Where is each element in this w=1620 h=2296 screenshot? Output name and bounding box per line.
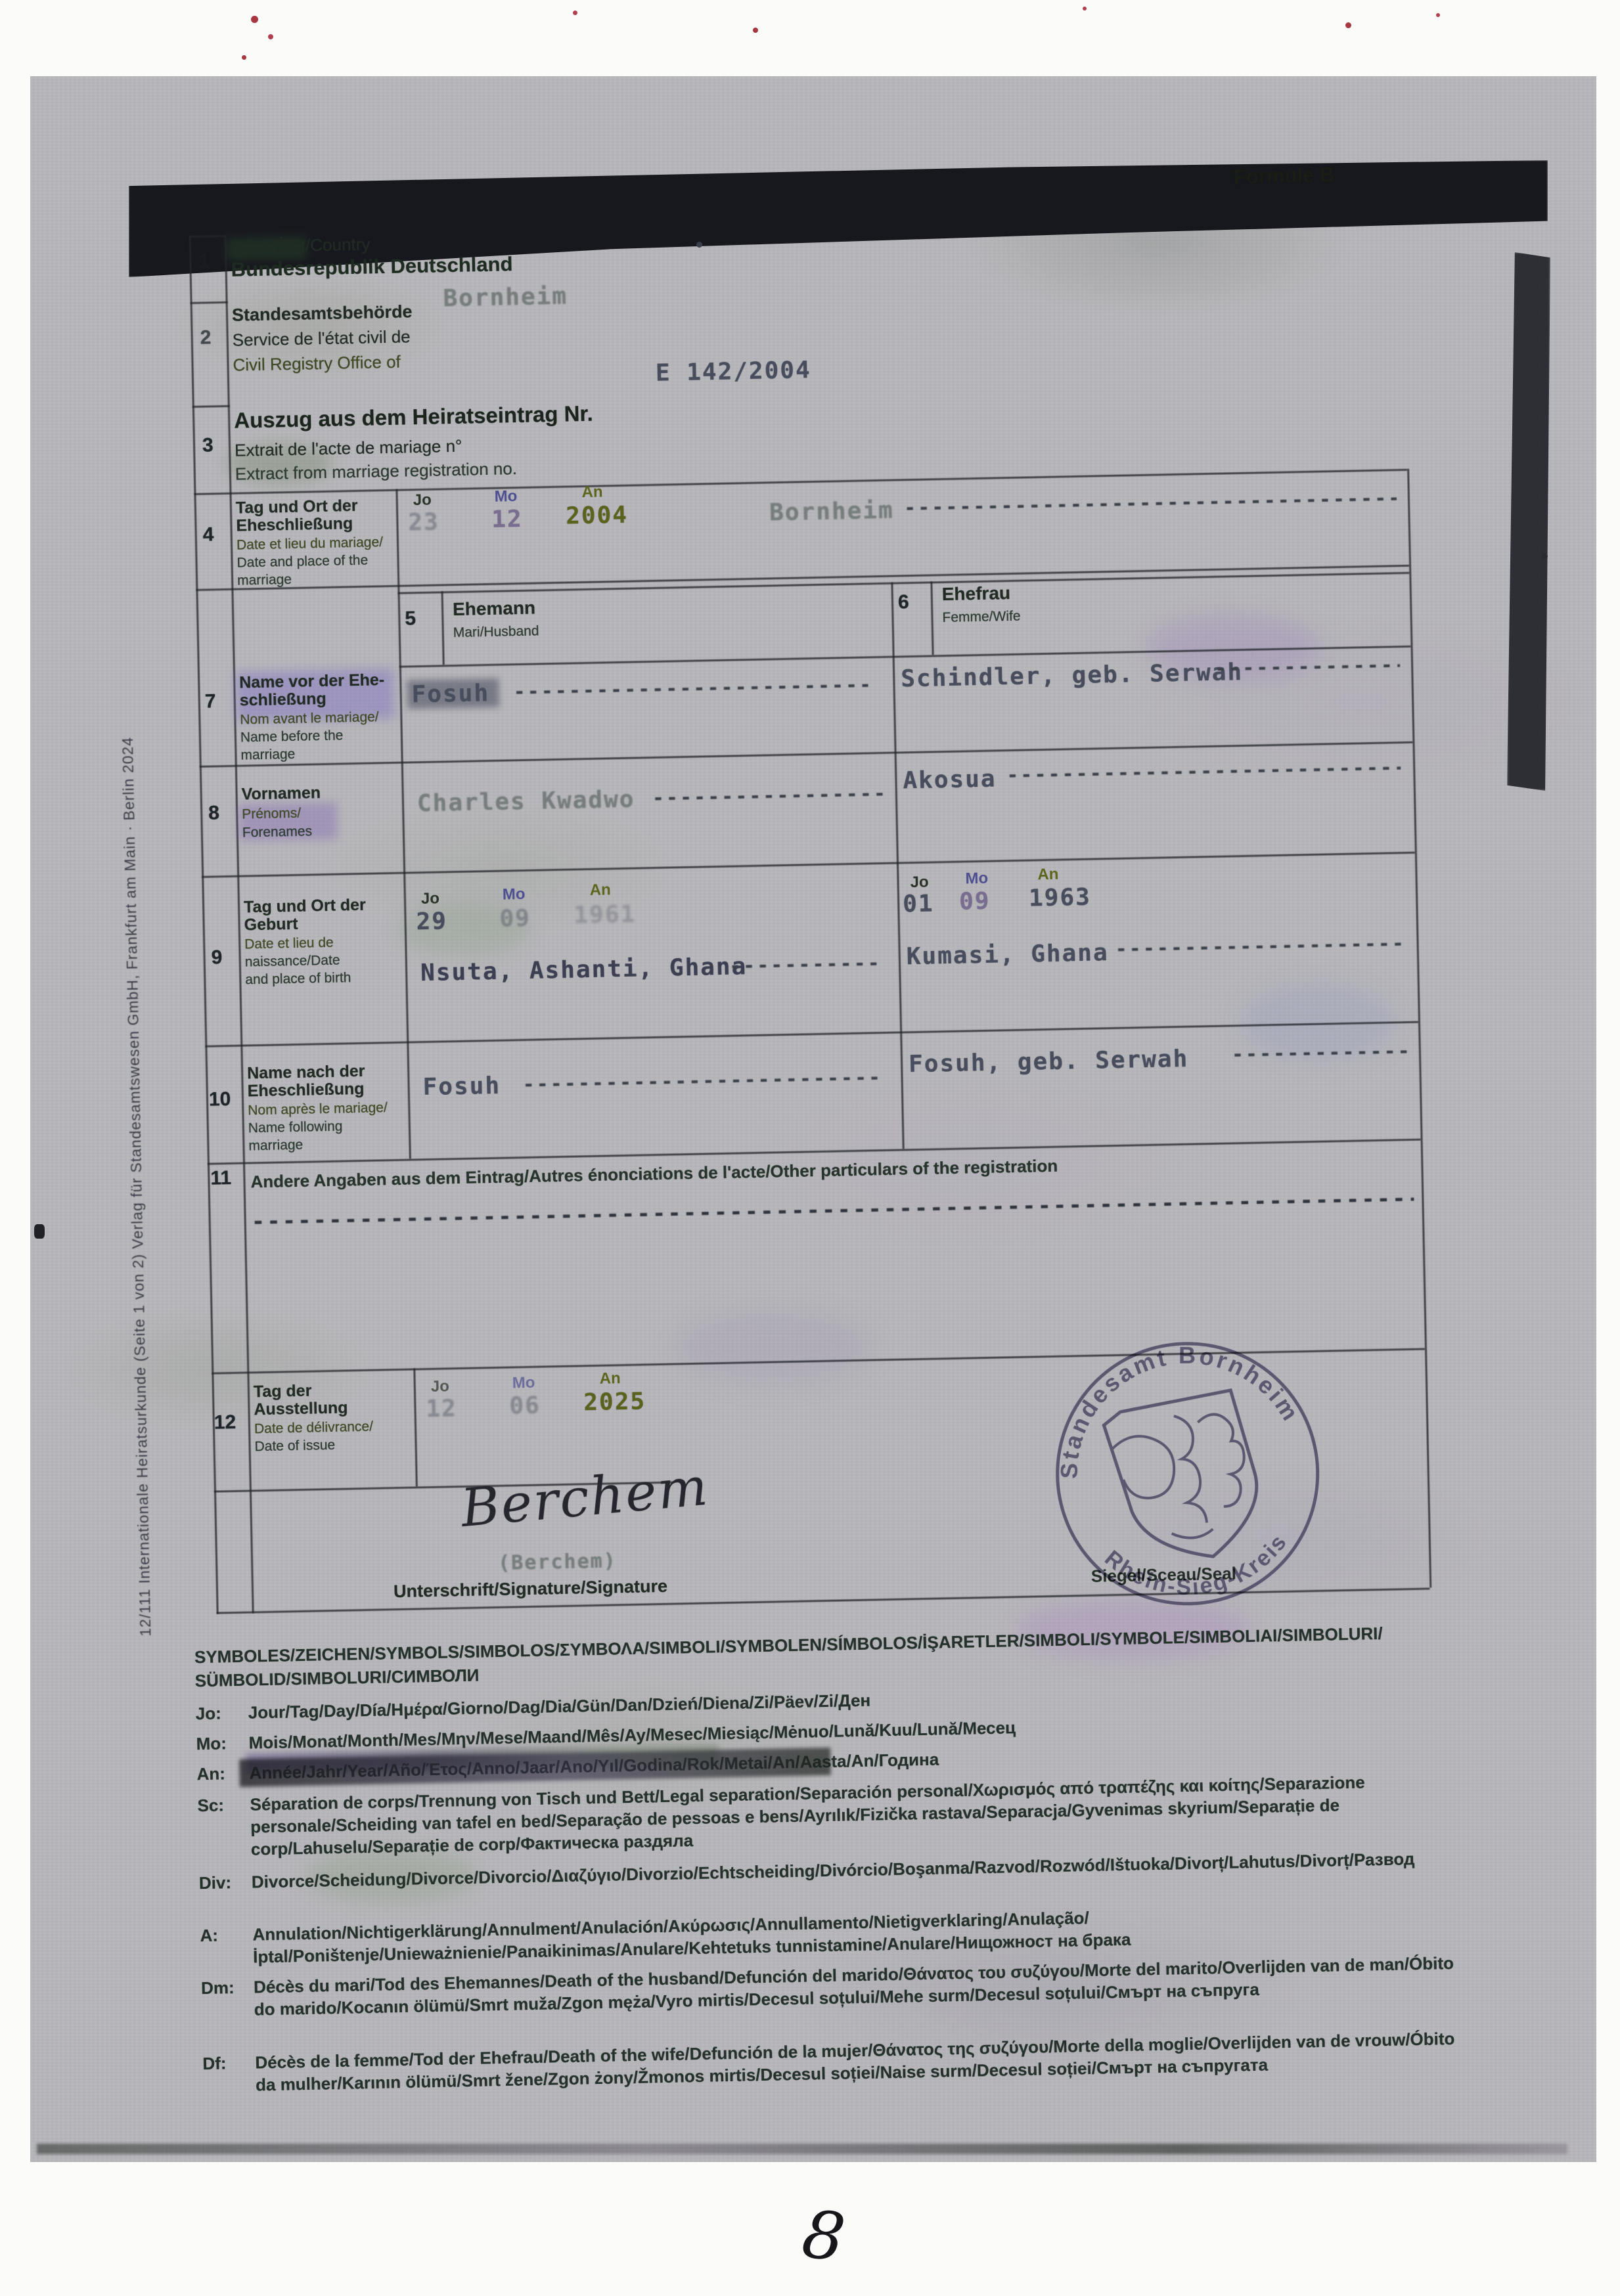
legend-code: Sc: [197, 1794, 224, 1817]
month-header: Mo [965, 870, 988, 889]
dash-fill: ----------------------------------------… [729, 952, 878, 977]
legend-code: Div: [199, 1871, 232, 1894]
scanner-band-right [1507, 252, 1550, 791]
birth-place-husband: Nsuta, Ashanti, Ghana [420, 953, 748, 986]
row-number-7: 7 [204, 690, 215, 713]
birth-year-husband: 1961 [574, 901, 637, 929]
dash-fill: ----------------------------------------… [251, 1185, 1414, 1231]
name-before-wife: Schindler, geb. Serwah [901, 659, 1244, 692]
signature-label: Unterschrift/Signature/Signature [394, 1578, 668, 1601]
form-type-label: Formule B [1234, 163, 1335, 189]
birth-year-wife: 1963 [1029, 884, 1092, 912]
dust-speck [1345, 22, 1351, 28]
birth-place-wife: Kumasi, Ghana [906, 939, 1109, 970]
forenames-wife: Akosua [903, 766, 997, 795]
dash-fill: ----------------------------------------… [522, 1066, 878, 1095]
forenames-label-en: Forenames [242, 822, 313, 841]
birth-day-wife: 01 [903, 890, 934, 917]
husband-header-sub: Mari/Husband [453, 622, 539, 642]
legend-code: A: [200, 1924, 218, 1947]
birth-label-de2: Geburt [244, 916, 298, 935]
official-seal-stamp: Standesamt Bornheim Rhein-Sieg-Kreis [1007, 1293, 1368, 1654]
birth-day-husband: 29 [416, 908, 447, 935]
birth-month-wife: 09 [959, 888, 991, 916]
handwritten-page-number: 8 [798, 2196, 849, 2277]
signature-typed-name: (Berchem) [498, 1549, 617, 1575]
birth-month-husband: 09 [499, 905, 531, 933]
country-label: Staat/État/Country [231, 235, 371, 255]
birth-label-en2: and place of birth [245, 969, 351, 988]
day-header: Jo [413, 491, 432, 510]
marriage-place: Bornheim [769, 497, 894, 527]
marriage-day: 23 [408, 508, 439, 536]
dust-speck [753, 28, 758, 33]
name-before-label-de1: Name vor der Ehe- [239, 671, 384, 692]
scan-area: 1 2 3 4 5 6 7 8 9 10 11 12 Staat/État/Co… [30, 76, 1596, 2162]
name-before-label-fr: Nom avant le mariage/ [240, 708, 379, 728]
extract-label-fr: Extrait de l'acte de mariage n° [235, 437, 462, 460]
dash-fill: ----------------------------------------… [652, 782, 884, 809]
row-number-11: 11 [210, 1167, 231, 1190]
row-number-4: 4 [202, 523, 214, 546]
dash-fill: ----------------------------------------… [513, 673, 868, 703]
month-header: Mo [503, 885, 526, 904]
dust-speck [1541, 553, 1548, 560]
birth-label-en1: naissance/Date [245, 952, 340, 971]
row-number-3: 3 [202, 434, 214, 456]
other-particulars-label: Andere Angaben aus dem Eintrag/Autres én… [250, 1157, 1058, 1191]
row-number-6: 6 [898, 591, 909, 613]
husband-header: Ehemann [453, 599, 536, 619]
extract-label-en: Extract from marriage registration no. [235, 460, 518, 483]
marriage-label-en1: Date and place of the [236, 552, 368, 572]
name-before-label-en2: marriage [240, 745, 295, 764]
row-number-8: 8 [208, 802, 219, 824]
dash-fill: ----------------------------------------… [1115, 932, 1405, 960]
legend-text: Décès de la femme/Tod der Ehefrau/Death … [255, 2027, 1477, 2096]
dash-fill: ----------------------------------------… [1215, 653, 1401, 680]
year-header: An [581, 483, 603, 502]
marriage-label-de2: Eheschließung [236, 515, 353, 535]
name-after-wife: Fosuh, geb. Serwah [909, 1046, 1189, 1078]
day-header: Jo [431, 1377, 450, 1396]
country-value: Bundesrepublik Deutschland [231, 255, 512, 278]
issue-day: 12 [426, 1395, 457, 1423]
forenames-label-fr: Prénoms/ [242, 805, 301, 824]
authority-label-en: Civil Registry Office of [233, 353, 401, 374]
dash-fill: ----------------------------------------… [1232, 1040, 1408, 1065]
name-after-label-de2: Eheschließung [247, 1080, 364, 1101]
year-header: An [1037, 866, 1059, 885]
name-after-label-fr: Nom après le mariage/ [248, 1099, 388, 1119]
dust-speck [251, 16, 258, 23]
name-after-label-en2: marriage [248, 1136, 303, 1155]
name-before-label-de2: schließung [240, 690, 326, 710]
dash-fill: ----------------------------------------… [1006, 756, 1401, 786]
legend-text: Séparation de corps/Trennung von Tisch u… [250, 1769, 1473, 1860]
issue-label-en: Date of issue [254, 1436, 335, 1455]
dust-speck [1083, 7, 1087, 11]
row-number-12: 12 [214, 1411, 236, 1434]
row-number-2: 2 [200, 326, 211, 349]
legend-code: Jo: [195, 1702, 221, 1725]
issue-label-fr: Date de délivrance/ [254, 1418, 373, 1438]
dust-speck [573, 11, 577, 15]
birth-label-fr: Date et lieu de [244, 934, 334, 954]
issue-year: 2025 [583, 1388, 646, 1416]
row-number-10: 10 [209, 1088, 231, 1111]
legend-code: Df: [202, 2052, 227, 2075]
forenames-label-de: Vornamen [241, 784, 321, 803]
extract-label-de: Auszug aus dem Heiratseintrag Nr. [234, 405, 593, 430]
legend-code: Mo: [196, 1732, 227, 1755]
forenames-husband: Charles Kwadwo [417, 786, 635, 818]
name-before-husband: Fosuh [411, 680, 489, 708]
row-number-1: 1 [198, 250, 210, 273]
name-after-label-en1: Name following [248, 1118, 343, 1137]
issue-label-de1: Tag der [254, 1382, 312, 1402]
dash-fill: ----------------------------------------… [904, 487, 1397, 519]
day-header: Jo [910, 873, 929, 893]
dust-speck [268, 34, 273, 39]
issue-label-de2: Ausstellung [254, 1400, 348, 1419]
authority-label-fr: Service de l'état civil de [233, 328, 411, 349]
name-after-husband: Fosuh [422, 1072, 501, 1101]
year-header: An [599, 1369, 621, 1388]
issue-month: 06 [509, 1392, 541, 1420]
legend-code: An: [196, 1762, 225, 1785]
dust-speck [242, 55, 246, 60]
month-header: Mo [494, 487, 517, 506]
stamp-bottom-text: Rhein-Sieg-Kreis [1096, 1496, 1301, 1627]
name-before-label-en1: Name before the [240, 726, 344, 746]
svg-text:Rhein-Sieg-Kreis: Rhein-Sieg-Kreis [1096, 1496, 1301, 1627]
row-number-9: 9 [211, 946, 222, 969]
dust-speck [1436, 13, 1440, 17]
marriage-label-en2: marriage [237, 571, 292, 590]
dust-speck [34, 1224, 45, 1239]
wife-header-sub: Femme/Wife [942, 607, 1021, 627]
form: 1 2 3 4 5 6 7 8 9 10 11 12 Staat/État/Co… [189, 192, 1443, 2161]
coat-of-arms-icon [1102, 1379, 1276, 1576]
birth-label-de1: Tag und Ort der [244, 896, 366, 917]
authority-value: Bornheim [443, 282, 568, 312]
day-header: Jo [421, 890, 440, 909]
year-header: An [589, 881, 611, 900]
marriage-month: 12 [491, 506, 523, 533]
authority-label-de: Standesamtsbehörde [232, 303, 413, 324]
wife-header: Ehefrau [941, 584, 1010, 603]
month-header: Mo [512, 1374, 535, 1393]
handwritten-signature: Berchem [459, 1456, 711, 1539]
row-number-5: 5 [405, 607, 416, 630]
extract-value: E 142/2004 [656, 357, 812, 387]
legend-code: Dm: [201, 1976, 235, 1999]
edition-note: 12/111 Internationale Heiratsurkunde (Se… [119, 737, 154, 1637]
marriage-year: 2004 [566, 502, 629, 530]
